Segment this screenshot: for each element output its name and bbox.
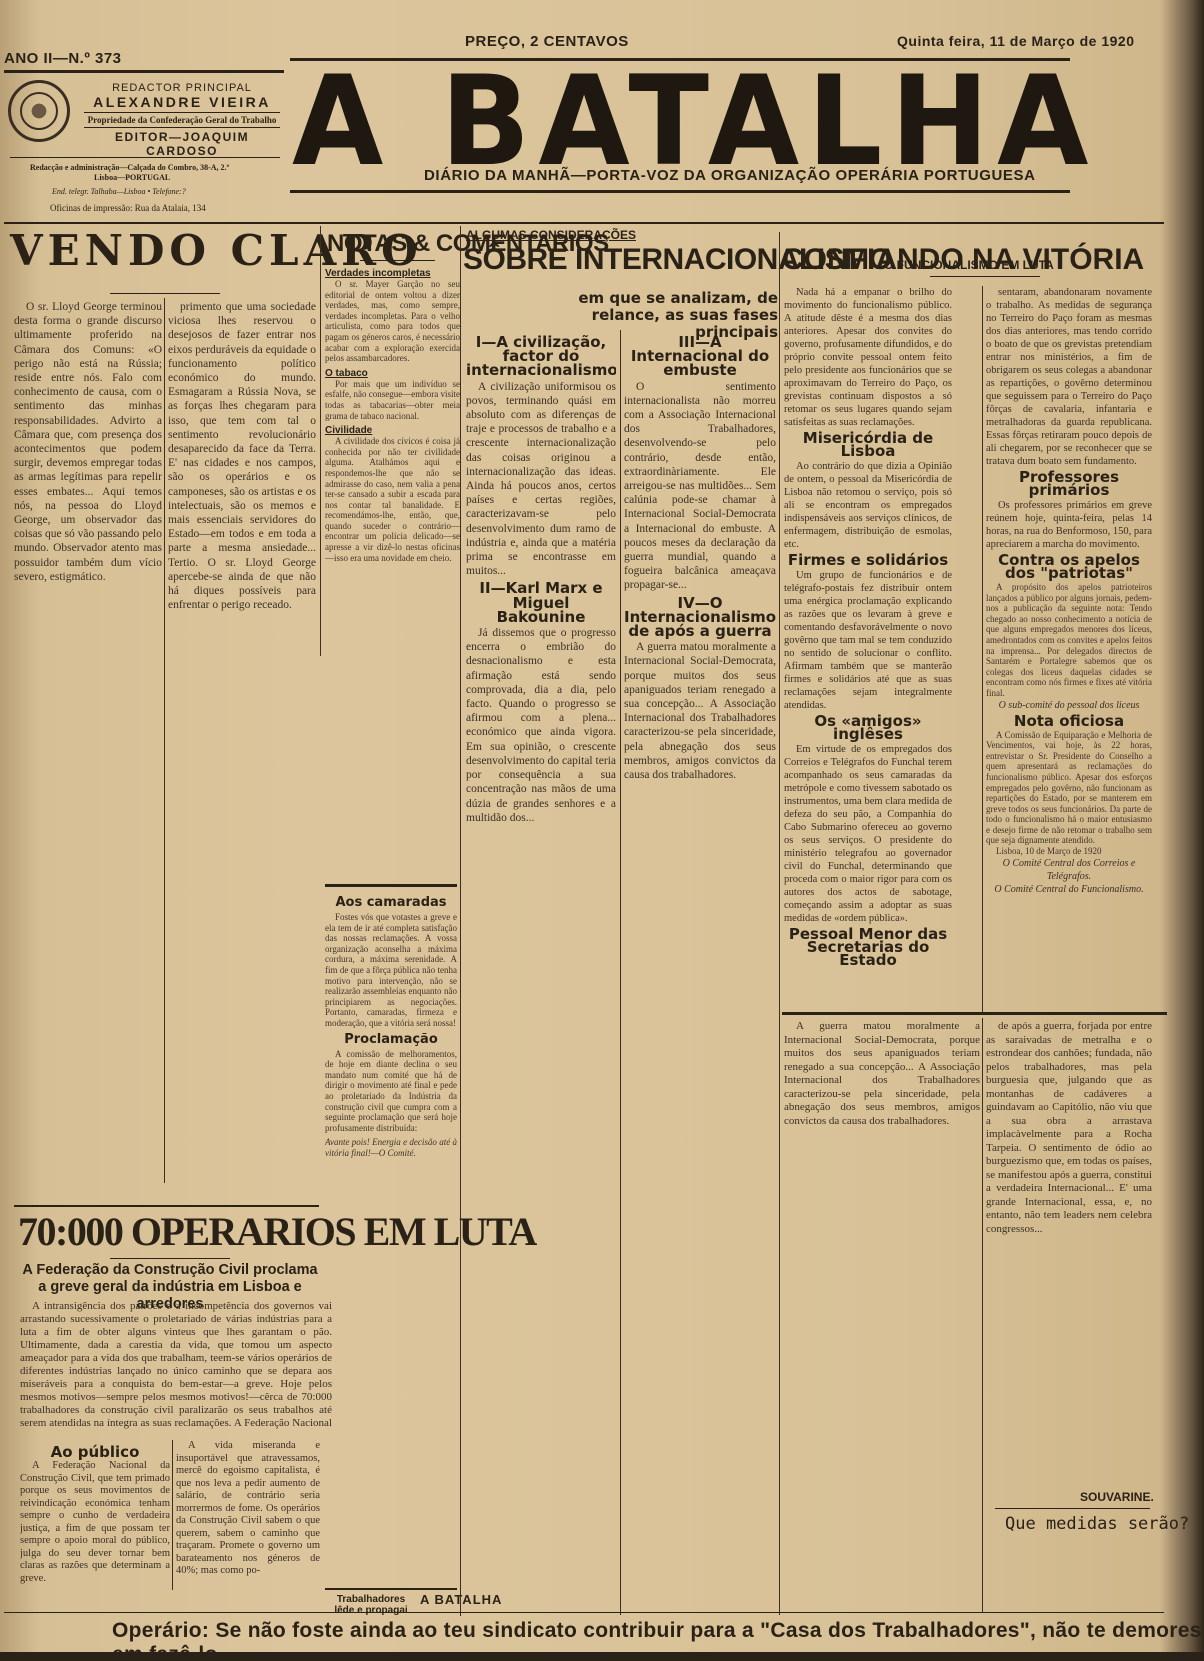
city-line: Lisboa—PORTUGAL xyxy=(94,173,170,183)
contra-apelos-heading: Contra os apelos dos "patriotas" xyxy=(986,554,1152,580)
comite-funcionalismo-signature: O Comité Central do Funcionalismo. xyxy=(986,883,1152,896)
proclamacao-signoff: Avante pois! Energia e decisão até à vit… xyxy=(325,1137,457,1158)
comite-correios-signature: O Comité Central dos Correios e Telégraf… xyxy=(986,857,1152,883)
vendo-claro-col2: primento que uma sociedade viciosa lhes … xyxy=(168,300,316,1180)
headline-70000-operarios: 70:000 OPERARIOS EM LUTA xyxy=(18,1208,536,1255)
newspaper-title: A BATALHA xyxy=(292,59,1096,183)
sub-comite-signature: O sub-comité do pessoal dos liceus xyxy=(986,699,1152,712)
proclamacao-heading: Proclamação xyxy=(325,1032,457,1047)
aos-camaradas-text: Fostes vós que votastes a greve e ela te… xyxy=(325,912,457,1029)
professores-heading: Professores primários xyxy=(986,471,1152,497)
section-iii-heading: III—A Internacional do embuste xyxy=(624,335,776,378)
notas-column: Verdades incompletas O sr. Mayer Garção … xyxy=(325,268,460,798)
pessoal-menor-heading: Pessoal Menor das Secretarias do Estado xyxy=(784,928,952,966)
ao-publico-col1: A Federação Nacional da Construção Civil… xyxy=(20,1460,170,1585)
headline-confiando-na-vitoria: CONFIANDO NA VITÓRIA xyxy=(782,243,1144,277)
internacionalismo-col4: de após a guerra, forjada por entre as s… xyxy=(986,1020,1152,1420)
ao-publico-heading: Ao público xyxy=(20,1443,170,1461)
nota-oficiosa-heading: Nota oficiosa xyxy=(986,715,1152,728)
proclamacao-text: A comissão de melhoramentos, de hoje em … xyxy=(325,1049,457,1134)
telegraph-line: End. telegr. Talhaba—Lisboa • Telefone:? xyxy=(52,187,186,197)
issue-number: ANO II—N.º 373 xyxy=(4,50,122,67)
price: PREÇO, 2 CENTAVOS xyxy=(465,33,629,50)
notas-tabaco-text: Por mais que um indivíduo se esfalfe, nã… xyxy=(325,379,460,421)
vendo-claro-col1: O sr. Lloyd George terminou desta forma … xyxy=(14,300,162,1180)
notas-civilidade-text: A civilidade dos cívicos é coisa já conh… xyxy=(325,436,460,563)
nota-oficiosa-dateline: Lisboa, 10 de Março de 1920 xyxy=(986,846,1152,857)
address-line: Redacção e administração—Calçada do Comb… xyxy=(30,163,229,173)
operarios-lead: A intransigência dos patrões e a incompe… xyxy=(20,1300,332,1430)
ad-a-batalha: A BATALHA xyxy=(420,1592,502,1607)
confederacao-seal-icon xyxy=(8,80,70,142)
notas-verdades-text: O sr. Mayer Garção no seu editorial de o… xyxy=(325,279,460,364)
funcionalismo-col1: Nada há a empanar o brilho do movimento … xyxy=(784,286,952,966)
newspaper-page: ANO II—N.º 373 PREÇO, 2 CENTAVOS Quinta … xyxy=(0,0,1204,1661)
issue-date: Quinta feira, 11 de Março de 1920 xyxy=(897,33,1135,49)
funcionalismo-col2: sentaram, abandonaram novamente o trabal… xyxy=(986,286,1152,1006)
aos-camaradas-heading: Aos camaradas xyxy=(325,895,457,910)
tag-o-tabaco: O tabaco xyxy=(325,368,460,379)
tag-civilidade: Civilidade xyxy=(325,425,460,436)
internacionalismo-col1: I—A civilização, factor do internacional… xyxy=(466,332,616,1582)
misericordia-heading: Misericórdia de Lisboa xyxy=(784,432,952,458)
kicker-algumas-consideracoes: ALGUMAS CONSIDERAÇÕES xyxy=(466,228,636,242)
editorial-box: REDACTOR PRINCIPAL ALEXANDRE VIEIRA Prop… xyxy=(84,82,280,158)
newspaper-subtitle: DIÁRIO DA MANHÃ—PORTA-VOZ DA ORGANIZAÇÃO… xyxy=(424,167,1036,184)
internacionalismo-col2: III—A Internacional do embuste O sentime… xyxy=(624,332,776,1582)
editor-line: EDITOR—JOAQUIM CARDOSO xyxy=(84,130,280,158)
section-ii-heading: II—Karl Marx e Miguel Bakounine xyxy=(466,581,616,624)
property-line: Propriedade da Confederação Geral do Tra… xyxy=(84,115,280,125)
redactor-label: REDACTOR PRINCIPAL xyxy=(84,82,280,94)
que-medidas-heading: Que medidas serão? xyxy=(1005,1514,1189,1534)
page-bottom-edge xyxy=(0,1652,1204,1661)
souvarine-signature: SOUVARINE. xyxy=(1080,1490,1154,1504)
printing-line: Oficinas de impressão: Rua da Atalaia, 1… xyxy=(50,203,206,213)
section-i-heading: I—A civilização, factor do internacional… xyxy=(466,335,616,378)
tag-verdades-incompletas: Verdades incompletas xyxy=(325,268,460,279)
section-iv-heading: IV—O Internacionalismo de após a guerra xyxy=(624,596,776,639)
internacionalismo-col3: A guerra matou moralmente a Internaciona… xyxy=(784,1020,980,1580)
amigos-ingleses-heading: Os «amigos» inglêses xyxy=(784,715,952,741)
firmes-heading: Firmes e solidários xyxy=(784,554,952,567)
redactor-name: ALEXANDRE VIEIRA xyxy=(84,94,280,110)
ao-publico-col2: A vida miseranda e insuportável que atra… xyxy=(176,1440,320,1585)
